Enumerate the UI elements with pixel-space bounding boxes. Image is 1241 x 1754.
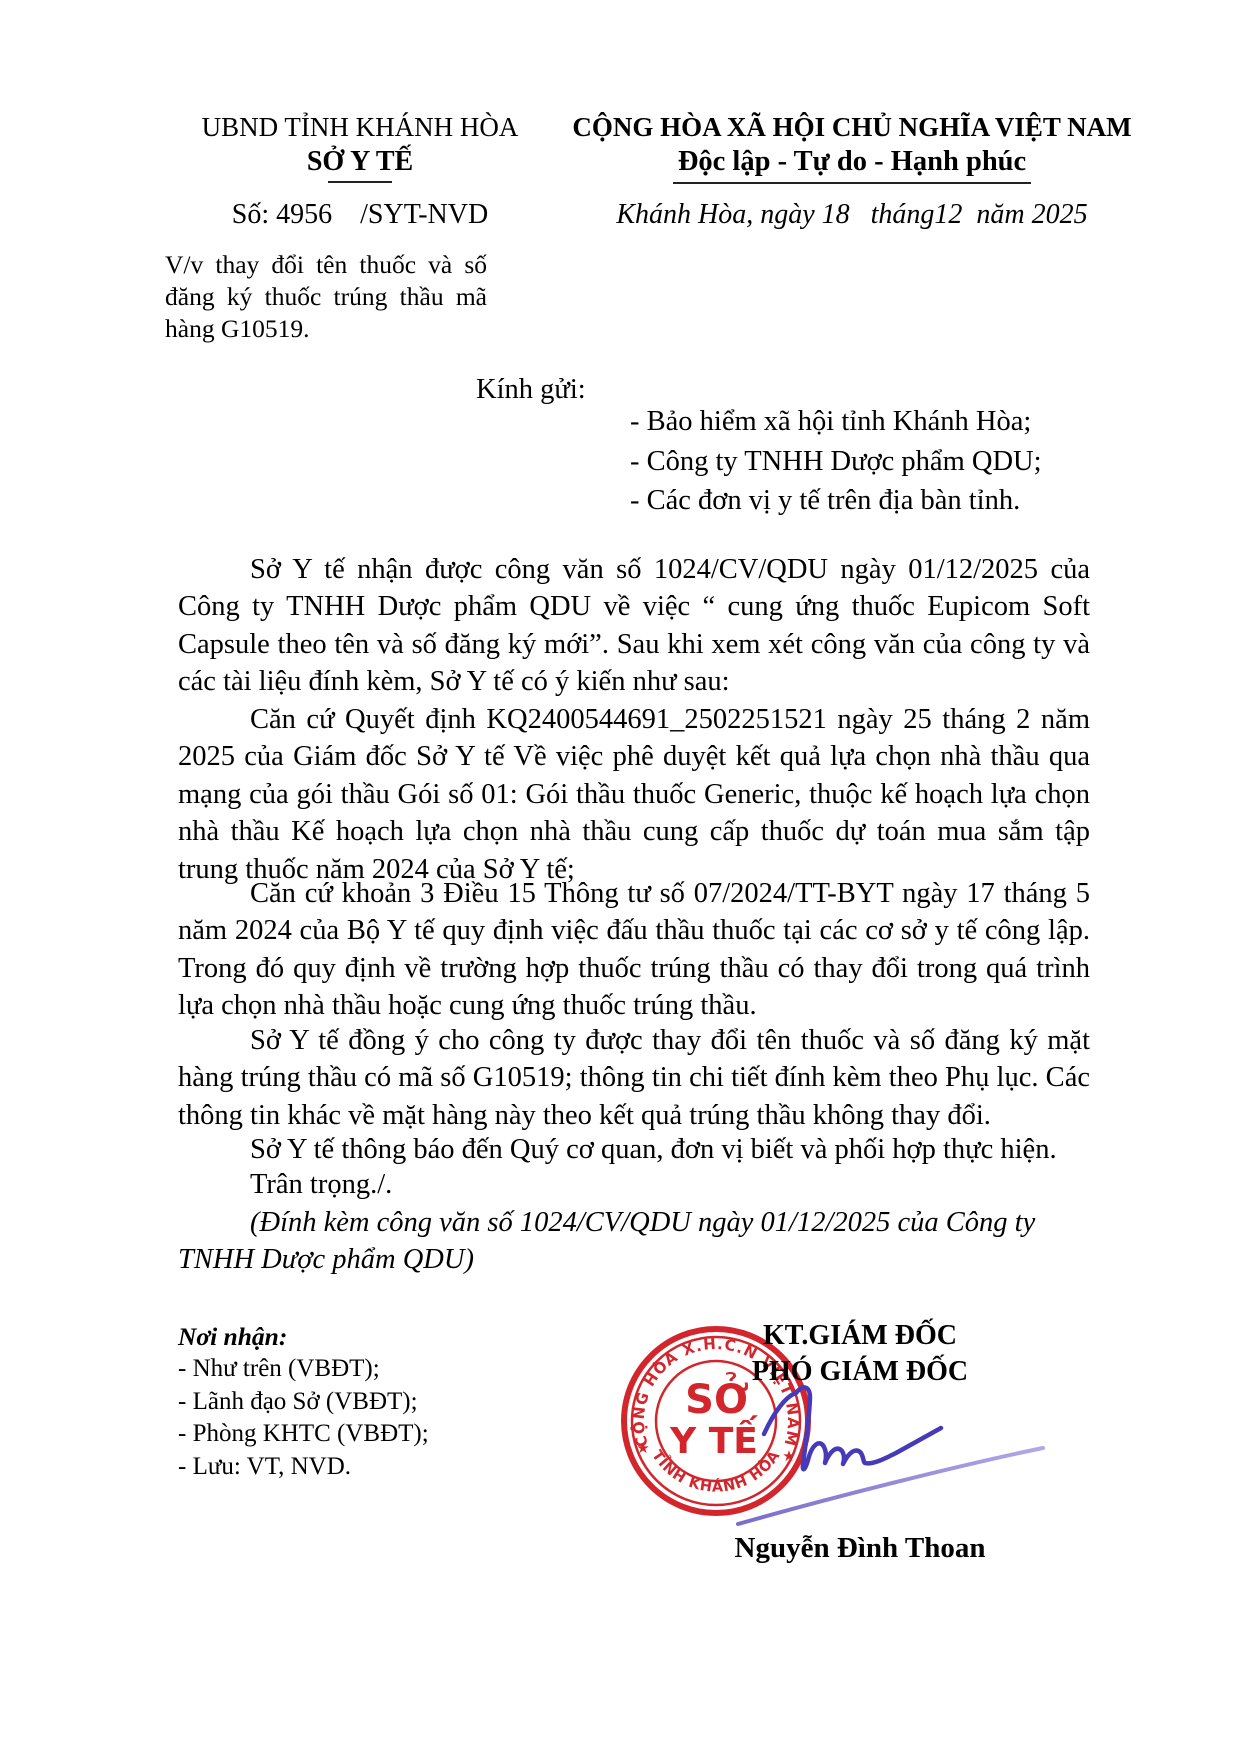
recipient-item: - Công ty TNHH Dược phẩm QDU;	[630, 442, 1042, 482]
distribution-item: - Lãnh đạo Sở (VBĐT);	[178, 1386, 429, 1419]
org-underline	[328, 181, 392, 183]
signature-flourish-stroke	[738, 1448, 1043, 1524]
distribution-item: - Phòng KHTC (VBĐT);	[178, 1418, 429, 1451]
document-number: Số: 4956 /SYT-NVD	[150, 199, 570, 231]
distribution-list: - Như trên (VBĐT); - Lãnh đạo Sở (VBĐT);…	[178, 1353, 429, 1483]
distribution-item: - Như trên (VBĐT);	[178, 1353, 429, 1386]
place-date-line: Khánh Hòa, ngày 18 tháng12 năm 2025	[552, 199, 1152, 231]
header-left: UBND TỈNH KHÁNH HÒA SỞ Y TẾ Số: 4956 /SY…	[150, 112, 570, 231]
signer-name: Nguyễn Đình Thoan	[680, 1532, 1040, 1565]
document-subject: V/v thay đổi tên thuốc và số đăng ký thu…	[165, 249, 487, 345]
salutation: Kính gửi:	[476, 371, 586, 408]
national-title: CỘNG HÒA XÃ HỘI CHỦ NGHĨA VIỆT NAM	[552, 112, 1152, 142]
header-right: CỘNG HÒA XÃ HỘI CHỦ NGHĨA VIỆT NAM Độc l…	[552, 112, 1152, 231]
official-letter-page: UBND TỈNH KHÁNH HÒA SỞ Y TẾ Số: 4956 /SY…	[0, 0, 1241, 1754]
recipient-item: - Bảo hiểm xã hội tỉnh Khánh Hòa;	[630, 402, 1042, 442]
body-paragraph: Căn cứ khoản 3 Điều 15 Thông tư số 07/20…	[178, 875, 1090, 1025]
signature-main-stroke	[764, 1387, 941, 1469]
body-paragraph: Sở Y tế nhận được công văn số 1024/CV/QD…	[178, 551, 1090, 701]
national-motto: Độc lập - Tự do - Hạnh phúc	[552, 146, 1152, 178]
distribution-item: - Lưu: VT, NVD.	[178, 1451, 429, 1484]
motto-underline	[673, 182, 1031, 184]
org-parent-name: UBND TỈNH KHÁNH HÒA	[150, 112, 570, 142]
org-name: SỞ Y TẾ	[150, 146, 570, 178]
attachment-note: (Đính kèm công văn số 1024/CV/QDU ngày 0…	[178, 1204, 1090, 1279]
body-paragraph: Sở Y tế thông báo đến Quý cơ quan, đơn v…	[178, 1131, 1090, 1168]
body-paragraph: Sở Y tế đồng ý cho công ty được thay đổi…	[178, 1022, 1090, 1134]
signature-scribble	[700, 1360, 1200, 1540]
recipient-list: - Bảo hiểm xã hội tỉnh Khánh Hòa; - Công…	[630, 402, 1042, 521]
distribution-label: Nơi nhận:	[178, 1322, 287, 1352]
stamp-star-left: ★	[636, 1439, 649, 1457]
body-paragraph: Căn cứ Quyết định KQ2400544691_250225152…	[178, 701, 1090, 888]
closing-line: Trân trọng./.	[178, 1166, 1090, 1203]
recipient-item: - Các đơn vị y tế trên địa bàn tỉnh.	[630, 481, 1042, 521]
